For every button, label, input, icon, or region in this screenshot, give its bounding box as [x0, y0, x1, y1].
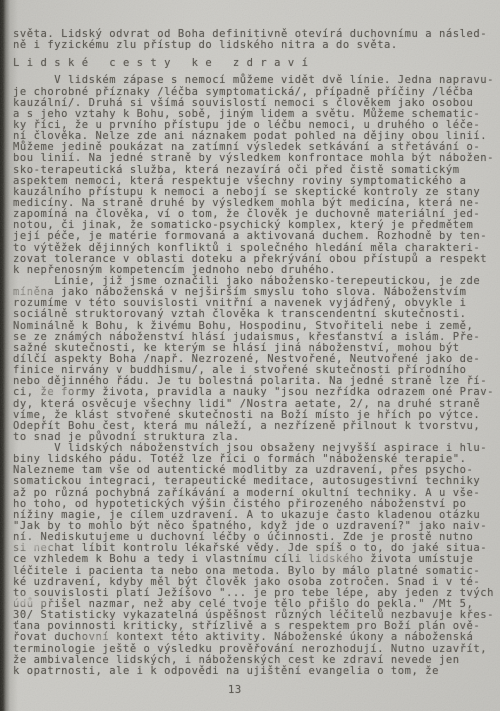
text-line: k opatrnosti, ale i k odpovědi na ujiště…: [13, 666, 492, 677]
section-heading: L i d s k é c e s t y k e z d r a v í: [13, 58, 492, 69]
text-line: bou linií. Na jedné straně by výsledkem …: [13, 153, 492, 164]
text-line: sociálně struktorovaný vztah člověka k t…: [13, 309, 492, 320]
text-line: to výtěžek dějinných konfliktů i společn…: [13, 243, 492, 254]
text-line: řovat duchovní kontext této aktivity. Ná…: [13, 632, 492, 643]
text-line: ci, že formy života, pravidla a nauky "j…: [13, 387, 492, 398]
text-line: V lidském zápase s nemocí můžeme vidět d…: [13, 75, 492, 86]
document-text: světa. Lidský odvrat od Boha definitivně…: [13, 29, 492, 677]
text-line: ce vzhledem k Bohu a tedy i vlastnímu cí…: [13, 554, 492, 565]
paragraph: Línie, již jsme označili jako nábožensko…: [13, 276, 492, 443]
scan-edge-shadow: [0, 0, 18, 711]
text-line: dy, která osvěcuje všechny lidi" /Nostra…: [13, 399, 492, 410]
text-line: ně i fyzickému zlu přístup do lidského n…: [13, 40, 492, 51]
text-line: její péče, je matérie formovaná a aktivo…: [13, 231, 492, 242]
paragraph: V lidských náboženstvích jsou obsaženy n…: [13, 443, 492, 677]
paragraph-continuation: světa. Lidský odvrat od Boha definitivně…: [13, 29, 492, 51]
paragraph: V lidském zápase s nemocí můžeme vidět d…: [13, 75, 492, 276]
page-number: 13: [228, 684, 242, 696]
text-line: somatickou integraci, terapeutické medit…: [13, 476, 492, 487]
scanned-document-page: světa. Lidský odvrat od Boha definitivně…: [0, 0, 500, 711]
text-line: Nominálně k Bohu, k živému Bohu, Hospodi…: [13, 321, 492, 332]
